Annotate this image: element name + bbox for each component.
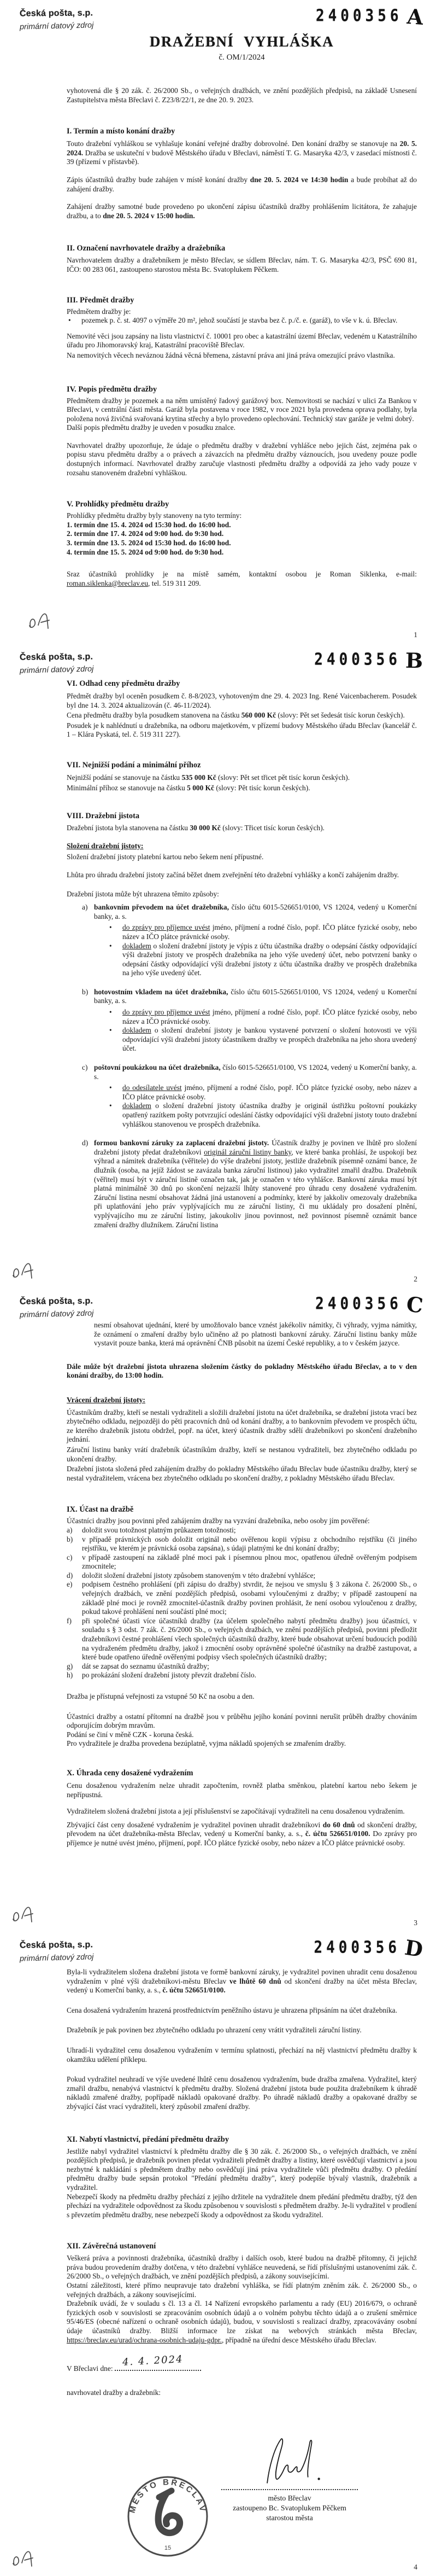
section-heading-2: II. Označení navrhovatele dražby a draže… [67,243,417,253]
stamp-letter: C [405,1295,424,1315]
document-number: č. OM/1/2024 [67,53,417,62]
org-name: Česká pošta, s.p. [20,1296,94,1307]
document-title: DRAŽEBNÍ VYHLÁŠKA [67,33,417,50]
paragraph: Nemovité věci jsou zapsány na listu vlas… [67,332,417,350]
signature-city: město Břeclav [221,2493,358,2503]
list-marker: g) [67,1662,82,1671]
list-marker: b) [67,1535,82,1553]
list-item-b: b) hotovostním vkladem na účet dražebník… [67,988,417,1006]
signature-representative: zastoupeno Bc. Svatoplukem Pěčkem [221,2503,358,2513]
proposer-label: navrhovatel dražby a dražebník: [67,2388,417,2398]
viewing-term-4: 4. termín dne 15. 5. 2024 od 9:00 hod. d… [67,548,417,557]
sender-block: Česká pošta, s.p. primární datový zdroj [20,652,93,674]
list-item-text: do zprávy pro příjemce uvést jméno, příj… [122,1008,417,1026]
paragraph: Účastníci dražby jsou povinni před zaháj… [67,1517,417,1526]
list-item-text: do zprávy pro příjemce uvést jméno, příj… [122,923,417,941]
list-item-text: podpisem čestného prohlášení (při zápisu… [82,1580,417,1616]
paragraph: Dražba je přístupná veřejnosti za vstupn… [67,1692,417,1701]
section-heading-5: V. Prohlídky předmětu dražby [67,499,417,509]
list-item: • pozemek p. č. st. 4097 o výměře 20 m²,… [67,316,417,325]
list-item-text: dokladem o složení dražební jistoty je v… [122,942,417,978]
page-4: Česká pošta, s.p. primární datový zdroj … [0,1932,448,2576]
list-item-c: c) poštovní poukázkou na účet dražebníka… [67,1063,417,1081]
list-item-text: do odesílatele uvést jméno, příjmení a r… [122,1083,417,1101]
page-number: 1 [414,631,417,639]
section-heading-9: IX. Účast na dražbě [67,1505,417,1514]
paragraph: Vydražitelem složená dražební jistota a … [67,1807,417,1816]
paragraph: Minimální příhoz se stanovuje na částku … [67,784,417,793]
list-item-text: dát se zapsat do seznamu účastníků dražb… [82,1662,417,1671]
initials-signature [10,1257,45,1284]
section-heading-12: XII. Závěrečná ustanovení [67,2241,417,2251]
paragraph: Dražební jistota složená před zahájením … [67,1465,417,1483]
city-stamp: MĚSTO BŘECLAV 15 [125,2472,211,2561]
paragraph: Dražební jistota může být uhrazena těmit… [67,890,417,899]
bullet-marker: • [109,1083,122,1101]
paragraph: Záruční listinu banky vrátí dražebník úč… [67,1446,417,1464]
sender-block: Česká pošta, s.p. primární datový zdroj [20,1297,93,1319]
list-marker: a) [82,903,94,921]
paragraph: Dražební jistota byla stanovena na částk… [67,824,417,833]
list-item-text: doložit svou totožnost platným průkazem … [82,1526,417,1535]
bullet-marker: • [109,923,122,941]
reference-stamp: 2400356 D [314,1939,423,1958]
bullet-marker: • [109,1026,122,1053]
section-heading-11: XI. Nabytí vlastnictví, předání předmětu… [67,2135,417,2144]
list-item-text: bankovním převodem na účet dražebníka, č… [94,903,417,921]
paragraph: Cena dosažená vydražením hrazená prostře… [67,2006,417,2015]
viewing-term-2: 2. termín dne 17. 4. 2024 od 9:00 hod. d… [67,529,417,539]
paragraph: Dražebník je pak povinen bez zbytečného … [67,2026,417,2035]
org-name: Česká pošta, s.p. [20,8,94,19]
section-heading-7: VII. Nejnižší podání a minimální příhoz [67,760,417,770]
paragraph: Cenu dosaženou vydražením nelze uhradit … [67,1781,417,1799]
list-item: f) při společné účasti více účastníků dr… [67,1617,417,1662]
paragraph: Jestliže nabyl vydražitel vlastnictví k … [67,2147,417,2193]
list-marker: f) [67,1617,82,1662]
list-item-text: při společné účasti více účastníků dražb… [82,1617,417,1662]
org-subtitle: primární datový zdroj [20,1309,94,1319]
list-item-text: dokladem o složení dražební jistoty je b… [122,1026,417,1053]
stamp-digits: 2400356 [314,1938,400,1957]
paragraph: Nebezpečí škody na předmětu dražby přech… [67,2193,417,2220]
reference-stamp: 2400356 B [314,651,423,670]
page-number: 3 [414,1919,417,1927]
list-item-text: v případě zastoupení na základě plné moc… [82,1553,417,1571]
paragraph: Další popis předmětu dražby je uveden v … [67,423,417,433]
paragraph: Navrhovatel dražby upozorňuje, že údaje … [67,441,417,477]
list-item: e) podpisem čestného prohlášení (při záp… [67,1580,417,1616]
page-3: Česká pošta, s.p. primární datový zdroj … [0,1288,448,1932]
paragraph: Složení dražební jistoty platební kartou… [67,853,417,862]
org-name: Česká pošta, s.p. [20,652,94,662]
stamp-digits: 2400356 [315,1294,402,1313]
section-heading-10: X. Úhrada ceny dosažené vydražením [67,1768,417,1778]
bullet-marker: • [109,1008,122,1026]
intro-paragraph: vyhotovená dle § 20 zák. č. 26/2000 Sb.,… [67,86,417,104]
paragraph: Prohlídky předmětu dražby byly stanoveny… [67,511,417,521]
paragraph: Navrhovatelem dražby a dražebníkem je mě… [67,256,417,274]
list-marker: d) [67,1571,82,1581]
bullet-marker: • [109,942,122,978]
paragraph: Nejnižší podání se stanovuje na částku 5… [67,773,417,783]
list-marker: a) [67,1526,82,1535]
city-stamp-number: 15 [164,2545,171,2551]
sub-bullet: • dokladem o složení dražební jistoty úč… [67,1101,417,1129]
viewing-term-1: 1. termín dne 15. 4. 2024 od 15:30 hod. … [67,521,417,530]
signature [249,2432,331,2487]
list-item-text: pozemek p. č. st. 4097 o výměře 20 m², j… [81,316,417,325]
list-item-a: a) bankovním převodem na účet dražebníka… [67,903,417,921]
paragraph: Cena předmětu dražby byla posudkem stano… [67,711,417,720]
continuation-paragraph: nesmí obsahovat ujednání, které by umožň… [67,1321,417,1348]
list-marker: d) [82,1139,94,1229]
paragraph: Byla-li vydražitelem složena dražební ji… [67,1968,417,1995]
paragraph: Předmětem dražby je pozemek a na něm umí… [67,397,417,424]
initials-signature [26,608,61,634]
list-item: a) doložit svou totožnost platným průkaz… [67,1526,417,1535]
paragraph: Sraz účastníků prohlídky je na místě sam… [67,570,417,588]
page-number: 4 [414,2563,417,2572]
date-label: V Břeclavi dne: [67,2364,113,2373]
viewing-term-3: 3. termín dne 13. 5. 2024 od 15:30 hod. … [67,539,417,548]
sender-block: Česká pošta, s.p. primární datový zdroj [20,9,93,31]
list-item: c) v případě zastoupení na základě plné … [67,1553,417,1571]
initials-signature [10,1901,45,1927]
bullet-marker: • [68,316,81,325]
paragraph: Touto dražební vyhláškou se vyhlašuje ko… [67,139,417,167]
page-number: 2 [414,1275,417,1284]
list-item-text: poštovní poukázkou na účet dražebníka, č… [94,1063,417,1081]
paragraph: Pro vydražitele je dražba provedena bezú… [67,1739,417,1749]
scanned-document: { "header": { "org": "Česká pošta, s.p."… [0,0,448,2576]
stamp-digits: 2400356 [314,650,401,669]
stamp-letter: B [405,651,423,671]
paragraph: Lhůta pro úhradu dražební jistoty začíná… [67,871,417,880]
list-item: d) doložit složení dražební jistoty způs… [67,1571,417,1581]
section-heading-4: IV. Popis předmětu dražby [67,384,417,394]
list-item-d: d) formou bankovní záruky za zaplacení d… [67,1139,417,1229]
paragraph: Veškerá práva a povinnosti dražebníka, ú… [67,2254,417,2281]
list-item-text: dokladem o složení dražební jistoty účas… [122,1101,417,1129]
org-subtitle: primární datový zdroj [20,1953,94,1963]
paragraph: Účastníkům dražby, kteří se nestali vydr… [67,1408,417,1444]
signature-role: starostou města [221,2513,358,2523]
subsection-heading: Složení dražební jistoty: [67,842,417,851]
org-subtitle: primární datový zdroj [20,665,94,675]
list-marker: c) [67,1553,82,1571]
list-item-text: po prokázání složení dražební jistoty př… [82,1671,417,1680]
sub-bullet: • do zprávy pro příjemce uvést jméno, př… [67,923,417,941]
section-heading-3: III. Předmět dražby [67,295,417,305]
sub-bullet: • dokladem o složení dražební jistoty je… [67,942,417,978]
list-item: b) v případě právnických osob doložit or… [67,1535,417,1553]
org-subtitle: primární datový zdroj [20,21,94,31]
paragraph: Zápis účastníků dražby bude zahájen v mí… [67,176,417,194]
sub-bullet: • do zprávy pro příjemce uvést jméno, př… [67,1008,417,1026]
paragraph: Podání se činí v měně CZK - koruna česká… [67,1730,417,1740]
paragraph: Ostatní záležitosti, které přímo neuprav… [67,2281,417,2299]
list-marker: h) [67,1671,82,1680]
page-2: Česká pošta, s.p. primární datový zdroj … [0,644,448,1288]
org-name: Česká pošta, s.p. [20,1940,94,1950]
stamp-digits: 2400356 [316,6,403,25]
paragraph: Předmět dražby byl oceněn posudkem č. 8-… [67,692,417,710]
section-heading-6: VI. Odhad ceny předmětu dražby [67,679,417,689]
paragraph: Účastníci dražby a ostatní přítomní na d… [67,1712,417,1730]
section-heading-8: VIII. Dražební jistota [67,811,417,821]
paragraph: Předmětem dražby je: [67,307,417,317]
stamp-letter: A [406,7,423,27]
date-row: V Břeclavi dne: 4. 4. 2024 [67,2363,417,2374]
list-item: g) dát se zapsat do seznamu účastníků dr… [67,1662,417,1671]
list-item: h) po prokázání složení dražební jistoty… [67,1671,417,1680]
paragraph: Dále může být dražební jistota uhrazena … [67,1362,417,1380]
initials-signature [10,2545,45,2572]
list-item-text: hotovostním vkladem na účet dražebníka, … [94,988,417,1006]
reference-stamp: 2400356 A [316,8,423,26]
signature-block: město Břeclav zastoupeno Bc. Svatoplukem… [221,2432,358,2523]
sender-block: Česká pošta, s.p. primární datový zdroj [20,1940,93,1962]
subsection-heading: Vrácení dražební jistoty: [67,1396,417,1405]
paragraph: Posudek je k nahlédnutí u dražebníka, na… [67,721,417,739]
paragraph: Zbývající část ceny dosažené vydražením … [67,1821,417,1848]
sub-bullet: • dokladem o složení dražební jistoty je… [67,1026,417,1053]
paragraph: Pokud vydražitel neuhradí ve výše uveden… [67,2075,417,2111]
paragraph: Uhradí-li vydražitel cenu dosaženou vydr… [67,2046,417,2064]
page-1: Česká pošta, s.p. primární datový zdroj … [0,0,448,644]
signature-line [221,2487,358,2490]
list-marker: e) [67,1580,82,1616]
paragraph: Na nemovitých věcech neváznou žádná věcn… [67,351,417,360]
list-marker: b) [82,988,94,1006]
bullet-marker: • [109,1101,122,1129]
paragraph: Zahájení dražby samotné bude provedeno p… [67,202,417,220]
list-item-text: formou bankovní záruky za zaplacení draž… [94,1139,417,1229]
stamp-letter: D [404,1938,425,1960]
section-heading-1: I. Termín a místo konání dražby [67,126,417,136]
paragraph: Dražebník uvádí, že v souladu s čl. 13 a… [67,2299,417,2345]
list-item-text: doložit složení dražební jistoty způsobe… [82,1571,417,1581]
list-marker: c) [82,1063,94,1081]
sub-bullet: • do odesílatele uvést jméno, příjmení a… [67,1083,417,1101]
list-item-text: v případě právnických osob doložit origi… [82,1535,417,1553]
reference-stamp: 2400356 C [315,1296,423,1314]
